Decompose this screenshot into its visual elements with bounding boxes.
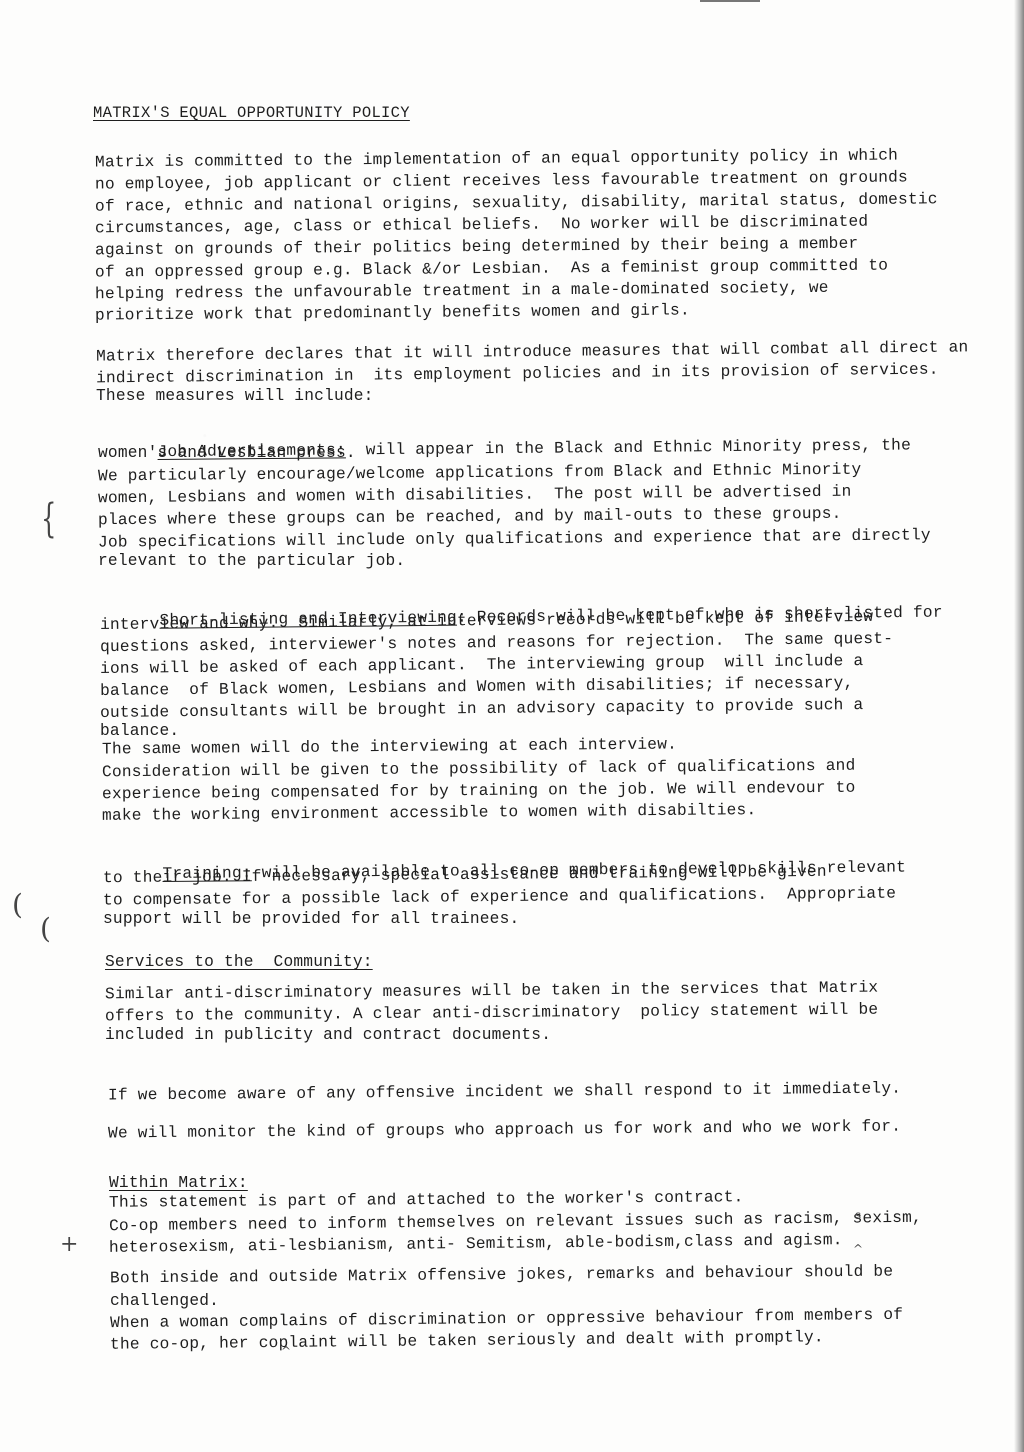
- section-line: support will be provided for all trainee…: [103, 910, 519, 928]
- section-line: challenged.: [110, 1292, 219, 1310]
- monitor-statement: We will monitor the kind of groups who a…: [108, 1118, 901, 1143]
- section-line: The same women will do the interviewing …: [102, 735, 677, 758]
- section-line: Consideration will be given to the possi…: [102, 757, 856, 782]
- intro-line: no employee, job applicant or client rec…: [95, 168, 908, 193]
- declaration-line: indirect discrimination in its employmen…: [96, 361, 939, 388]
- section-line: outside consultants will be brought in a…: [100, 696, 864, 722]
- paren-mark-icon: (: [40, 912, 51, 945]
- intro-line: circumstances, age, class or ethical bel…: [95, 213, 868, 238]
- intro-line: Matrix is committed to the implementatio…: [95, 146, 898, 171]
- section-line: included in publicity and contract docum…: [105, 1026, 551, 1044]
- intro-line: prioritize work that predominantly benef…: [95, 301, 690, 324]
- incident-statement: If we become aware of any offensive inci…: [108, 1080, 901, 1105]
- intro-line: of an oppressed group e.g. Black &/or Le…: [95, 257, 888, 282]
- section-line: places where these groups can be reached…: [98, 505, 842, 529]
- section-heading: Services to the Community:: [105, 953, 373, 971]
- paren-mark-icon: (: [12, 888, 23, 921]
- brace-mark-icon: {: [41, 496, 56, 542]
- inserted-letter-mark: s: [855, 1208, 861, 1222]
- intro-line: helping redress the unfavourable treatme…: [95, 279, 829, 303]
- intro-line: of race, ethnic and national origins, se…: [95, 190, 938, 215]
- section-line: women's and Lesbian press.: [98, 444, 356, 462]
- section-text: will appear in the Black and Ethnic Mino…: [346, 436, 911, 459]
- section-line: make the working environment accessible …: [102, 801, 756, 825]
- section-line: Job specifications will include only qua…: [98, 526, 931, 551]
- section-line: balance.: [100, 722, 179, 740]
- caret-mark-icon: ^: [281, 1344, 291, 1358]
- section-line: Both inside and outside Matrix offensive…: [110, 1263, 893, 1288]
- section-line: balance of Black women, Lesbians and Wom…: [100, 674, 854, 700]
- section-line: ions will be asked of each applicant. Th…: [100, 652, 864, 678]
- section-line: the co-op, her coplaint will be taken se…: [110, 1328, 824, 1353]
- plus-mark-icon: +: [60, 1232, 78, 1257]
- scanned-page: MATRIX'S EQUAL OPPORTUNITY POLICY Matrix…: [0, 0, 1024, 1452]
- section-line: relevant to the particular job.: [98, 552, 405, 570]
- page-title: MATRIX'S EQUAL OPPORTUNITY POLICY: [93, 104, 410, 122]
- page-edge-shadow: [1014, 0, 1024, 1452]
- caret-mark-icon: ^: [853, 1242, 863, 1256]
- intro-line: against on grounds of their politics bei…: [95, 235, 859, 260]
- section-line: experience being compensated for by trai…: [102, 779, 856, 804]
- section-heading: Within Matrix:: [109, 1174, 248, 1192]
- section-line: offers to the community. A clear anti-di…: [105, 1001, 878, 1026]
- section-line: heterosexism, ati-lesbianism, anti- Semi…: [109, 1231, 843, 1257]
- section-line: women, Lesbians and women with disabilit…: [98, 483, 852, 508]
- scan-artifact: [700, 0, 760, 2]
- section-line: Similar anti-discriminatory measures wil…: [105, 979, 878, 1004]
- declaration-line: These measures will include:: [96, 387, 374, 405]
